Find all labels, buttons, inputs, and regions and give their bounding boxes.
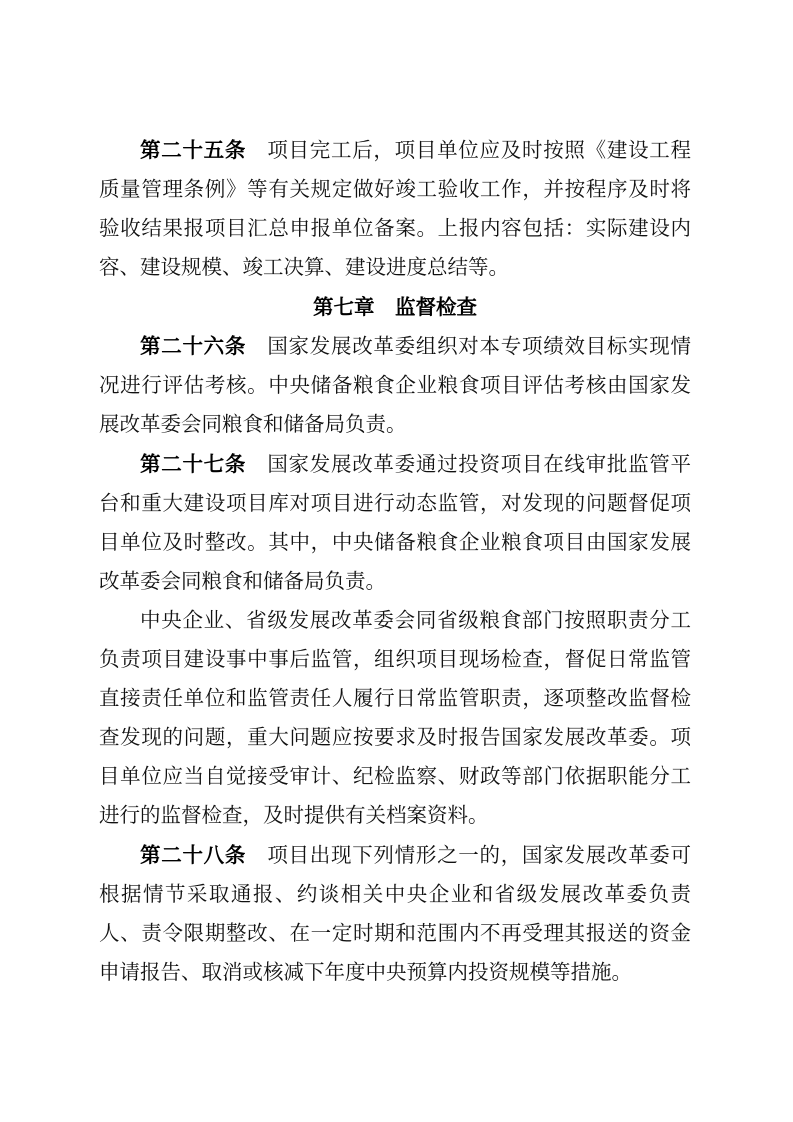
article-26-paragraph: 第二十六条国家发展改革委组织对本专项绩效目标实现情况进行评估考核。中央储备粮食企… (99, 327, 691, 445)
document-page: 第二十五条项目完工后，项目单位应及时按照《建设工程质量管理条例》等有关规定做好竣… (0, 0, 793, 1122)
article-25-paragraph: 第二十五条项目完工后，项目单位应及时按照《建设工程质量管理条例》等有关规定做好竣… (99, 131, 691, 288)
article-25-number: 第二十五条 (140, 139, 246, 162)
article-27-paragraph: 第二十七条国家发展改革委通过投资项目在线审批监管平台和重大建设项目库对项目进行动… (99, 445, 691, 602)
article-27-number: 第二十七条 (140, 453, 246, 476)
article-28-paragraph: 第二十八条项目出现下列情形之一的，国家发展改革委可根据情节采取通报、约谈相关中央… (99, 836, 691, 993)
article-28-number: 第二十八条 (140, 844, 246, 867)
article-26-number: 第二十六条 (140, 335, 246, 358)
chapter-number: 第七章 (313, 296, 375, 319)
document-content: 第二十五条项目完工后，项目单位应及时按照《建设工程质量管理条例》等有关规定做好竣… (99, 131, 691, 993)
chapter-7-heading: 第七章监督检查 (99, 288, 691, 327)
body-paragraph-supervision: 中央企业、省级发展改革委会同省级粮食部门按照职责分工负责项目建设事中事后监管，组… (99, 602, 691, 836)
chapter-title: 监督检查 (395, 296, 477, 319)
body-paragraph-text: 中央企业、省级发展改革委会同省级粮食部门按照职责分工负责项目建设事中事后监管，组… (99, 610, 691, 827)
